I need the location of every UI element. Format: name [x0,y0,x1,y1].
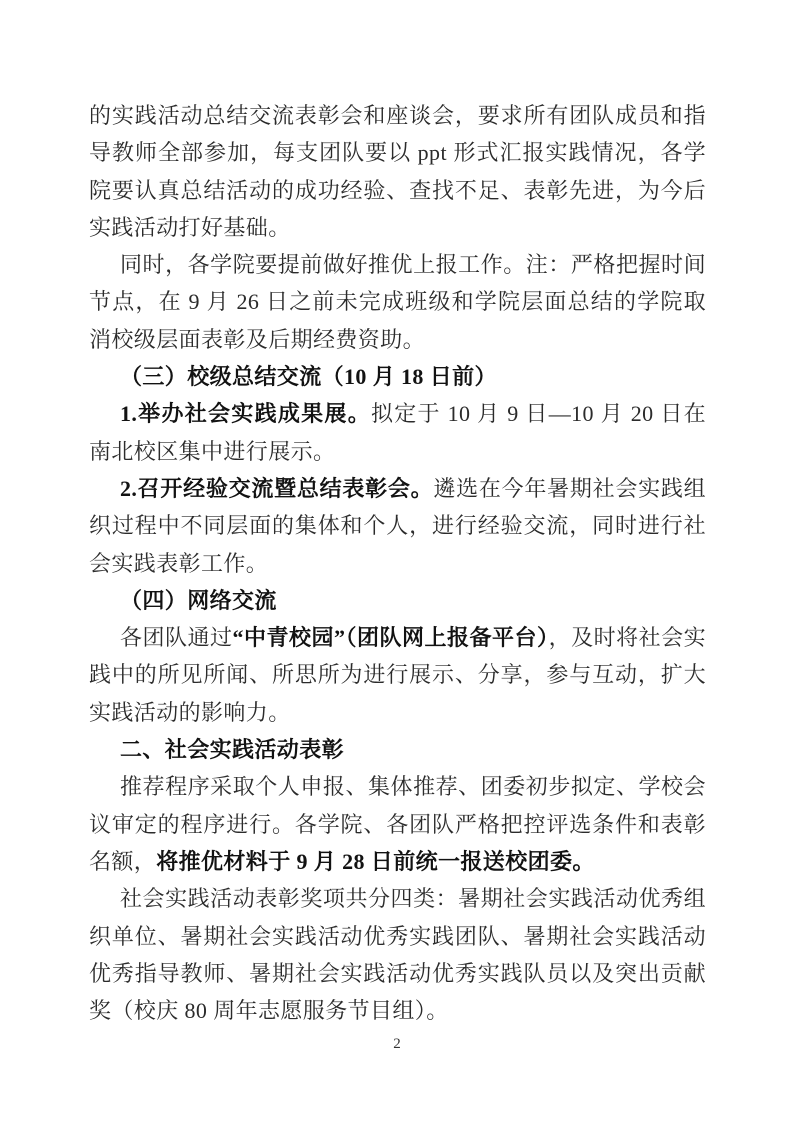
para-award-categories: 社会实践活动表彰奖项共分四类：暑期社会实践活动优秀组织单位、暑期社会实践活动优秀… [89,880,706,1029]
heading-section-4: （四）网络交流 [89,582,706,619]
para-item-1-achievement-exhibition: 1.举办社会实践成果展。拟定于 10 月 9 日—10 月 20 日在南北校区集… [89,395,706,470]
text-run: 社会实践活动表彰奖项共分四类：暑期社会实践活动优秀组织单位、暑期社会实践活动优秀… [89,886,706,1023]
document-page: 的实践活动总结交流表彰会和座谈会，要求所有团队成员和指导教师全部参加，每支团队要… [0,0,794,1123]
bold-text-run: 将推优材料于 9 月 28 日前统一报送校团委。 [156,849,595,874]
bold-text-run: 2.召开经验交流暨总结表彰会。 [120,476,433,501]
bold-text-run: 1.举办社会实践成果展。 [120,401,371,426]
text-run: 各团队通过 [120,625,233,650]
para-network-exchange: 各团队通过“中青校园”（团队网上报备平台），及时将社会实践中的所见所闻、所思所为… [89,619,706,731]
text-run: 同时，各学院要提前做好推优上报工作。注：严格把握时间节点，在 9 月 26 日之… [89,252,706,352]
para-item-2-experience-exchange: 2.召开经验交流暨总结表彰会。遴选在今年暑期社会实践组织过程中不同层面的集体和个… [89,470,706,582]
bold-text-run: 二、社会实践活动表彰 [120,737,344,762]
document-body: 的实践活动总结交流表彰会和座谈会，要求所有团队成员和指导教师全部参加，每支团队要… [89,97,706,1029]
bold-text-run: （四）网络交流 [120,588,277,613]
bold-text-run: （三）校级总结交流（10 月 18 日前） [120,364,497,389]
page-number: 2 [0,1036,794,1053]
heading-part-2: 二、社会实践活动表彰 [89,731,706,768]
bold-text-run: “中青校园”（团队网上报备平台） [233,625,549,650]
para-recommendation-procedure: 推荐程序采取个人申报、集体推荐、团委初步拟定、学校会议审定的程序进行。各学院、各… [89,768,706,880]
text-run: 的实践活动总结交流表彰会和座谈会，要求所有团队成员和指导教师全部参加，每支团队要… [89,103,706,240]
para-deadline-note: 同时，各学院要提前做好推优上报工作。注：严格把握时间节点，在 9 月 26 日之… [89,246,706,358]
para-continuation: 的实践活动总结交流表彰会和座谈会，要求所有团队成员和指导教师全部参加，每支团队要… [89,97,706,246]
heading-section-3: （三）校级总结交流（10 月 18 日前） [89,358,706,395]
